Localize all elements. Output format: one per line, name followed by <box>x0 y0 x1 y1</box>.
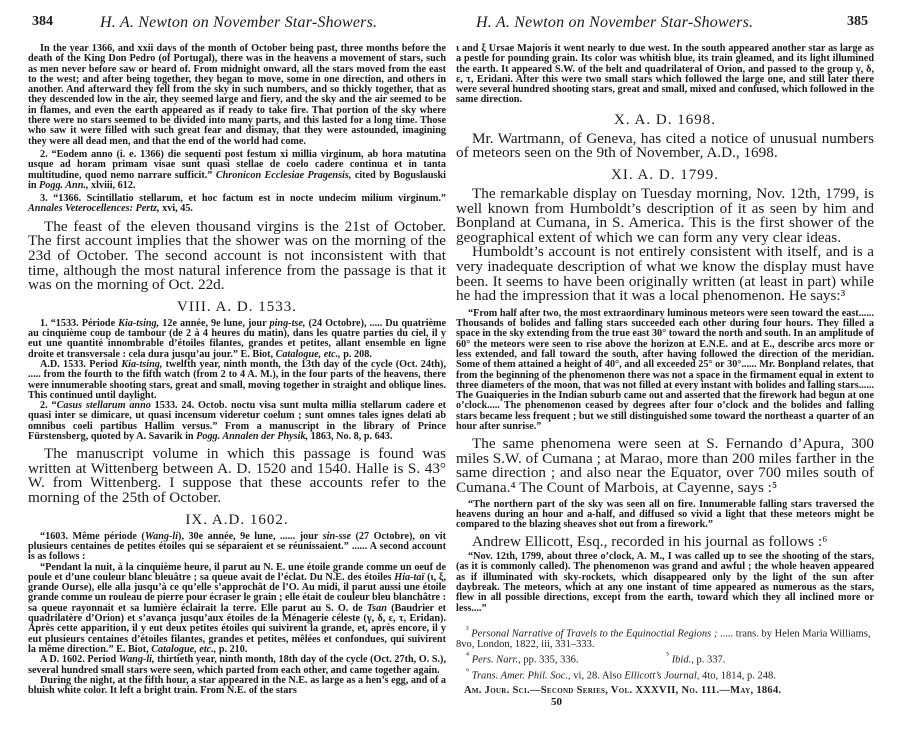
paragraph-ellicott: Andrew Ellicott, Esq., recorded in his j… <box>456 535 874 550</box>
quote-humboldt: “From half after two, the most extraordi… <box>456 309 874 433</box>
footnote-mark: ⁴ <box>466 650 469 660</box>
footnote-3: ³ Personal Narrative of Travels to the E… <box>456 624 874 651</box>
paragraph-wartmann: Mr. Wartmann, of Geneva, has cited a not… <box>456 132 874 161</box>
text-ital: Ellicott’s Journal, <box>624 670 699 681</box>
section-heading-x: X. A. D. 1698. <box>456 112 874 129</box>
paragraph-feast: The feast of the eleven thousand virgins… <box>28 220 446 293</box>
continued-translation: ι and ξ Ursae Majoris it went nearly to … <box>456 44 874 106</box>
text: “Pendant la nuit, à la cinquième heure, … <box>28 562 446 583</box>
signature-mark: 50 <box>551 696 874 708</box>
quote-1366: In the year 1366, and xxii days of the m… <box>28 44 446 147</box>
text: pp. 335, 336. <box>523 655 578 666</box>
note-2: 2. “Eodem anno (i. e. 1366) die sequenti… <box>28 150 446 191</box>
footnote-6: ⁶ Trans. Amer. Phil. Soc., vi, 28. Also … <box>456 666 874 682</box>
text-ital: Pogg. Annalen der Physik, <box>196 431 308 442</box>
page-header: H. A. Newton on November Star-Showers. 3… <box>456 14 874 36</box>
text-ital: Personal Narrative of Travels to the Equ… <box>471 628 717 639</box>
ix-translation-1: A D. 1602. Period Wang-li, thirtieth yea… <box>28 655 446 676</box>
note-3: 3. “1366. Scintillatio stellarum, et hoc… <box>28 194 446 215</box>
paragraph-manuscript: The manuscript volume in which this pass… <box>28 447 446 505</box>
note-source: Chronicon Ecclesiae Pragensis, <box>216 170 352 181</box>
ix-translation-2: During the night, at the fifth hour, a s… <box>28 676 446 697</box>
footnotes-4-5: ⁴ Pers. Narr., pp. 335, 336. ⁵ Ibid., p.… <box>456 650 874 666</box>
text: p. 337. <box>696 655 725 666</box>
running-title: H. A. Newton on November Star-Showers. <box>476 14 753 32</box>
footnote-mark: ³ <box>466 624 469 634</box>
viii-note-1: 1. “1533. Période Kia-tsing, 12e année, … <box>28 319 446 360</box>
note-cite-post: xlviii, 612. <box>91 180 135 191</box>
text: 1863, No. 8, p. 643. <box>311 431 393 442</box>
quote-ellicott: “Nov. 12th, 1799, about three o’clock, A… <box>456 552 874 614</box>
paragraph-display: The remarkable display on Tuesday mornin… <box>456 187 874 245</box>
footnote-mark: ⁵ <box>666 650 669 660</box>
ix-french-2: “Pendant la nuit, à la cinquième heure, … <box>28 563 446 656</box>
viii-note-2: 2. “Casus stellarum anno 1533. 24. Octob… <box>28 401 446 442</box>
journal-citation: Am. Jour. Sci.—Second Series, Vol. XXXVI… <box>464 685 874 696</box>
note-source: Annales Veterocellences: Pertz, <box>28 203 160 214</box>
text: 4to, 1814, p. 248. <box>702 670 776 681</box>
note-cite: xvi, 45. <box>162 203 193 214</box>
note-cite-ital: Pogg. Ann., <box>39 180 88 191</box>
footnote-mark: ⁶ <box>466 666 469 676</box>
paragraph-humboldt: Humboldt’s account is not entirely consi… <box>456 245 874 303</box>
footnotes: ³ Personal Narrative of Travels to the E… <box>456 624 874 682</box>
section-heading-xi: XI. A. D. 1799. <box>456 167 874 184</box>
footnote-5: ⁵ Ibid., p. 337. <box>666 650 725 666</box>
running-title: H. A. Newton on November Star-Showers. <box>100 14 377 32</box>
footnote-4: ⁴ Pers. Narr., pp. 335, 336. <box>466 650 666 666</box>
section-heading-viii: VIII. A. D. 1533. <box>28 299 446 316</box>
right-page: H. A. Newton on November Star-Showers. 3… <box>456 0 874 708</box>
section-heading-ix: IX. A.D. 1602. <box>28 512 446 529</box>
ix-french-1: “1603. Même période (Wang-li), 30e année… <box>28 532 446 563</box>
text: vi, 28. Also <box>573 670 621 681</box>
paragraph-same-phenomena: The same phenomena were seen at S. Ferna… <box>456 437 874 495</box>
viii-translation: A.D. 1533. Period Kia-tsing, twelfth yea… <box>28 360 446 401</box>
page-number: 385 <box>847 14 868 30</box>
quote-marbois: “The northern part of the sky was seen a… <box>456 500 874 531</box>
text-ital: Trans. Amer. Phil. Soc., <box>472 670 571 681</box>
page-header: 384 H. A. Newton on November Star-Shower… <box>28 14 446 36</box>
text-ital: Ibid., <box>672 655 694 666</box>
left-page: 384 H. A. Newton on November Star-Shower… <box>28 0 446 696</box>
page-number: 384 <box>32 14 53 30</box>
text-ital: Pers. Narr., <box>472 655 521 666</box>
